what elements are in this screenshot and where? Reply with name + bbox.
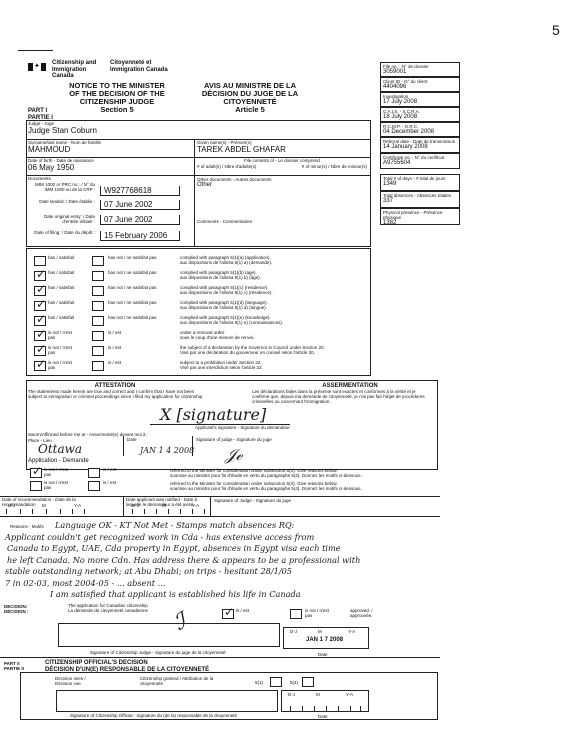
decision-is-checkbox[interactable] [222,609,234,619]
checkbox[interactable] [92,331,104,341]
notified-date-ticks: D-J M Y-A [126,503,211,514]
date-landed: 07 June 2002 [100,200,180,210]
official-signature-box[interactable] [56,690,278,712]
app-row2-col1-label: is not / n'est pas [44,480,74,490]
decision-is-not-label: is not / n'est pas [305,608,333,618]
judge-signature-box [58,623,280,647]
landed-label: Date landed: / Date établie : [30,199,95,204]
applicant-signature: X [signature] [160,405,266,424]
requirement-row: is not / n'est pas is / est the subject … [34,344,364,359]
checkbox[interactable] [92,256,104,266]
rcmp-box: R.C.M.P. - G.R.C. 04 December 2008 [380,122,460,137]
app-row1-checkbox-is[interactable] [88,468,100,478]
app-row2-col2-label: is / est [103,480,123,485]
assermentation-text: Les déclarations faites dans la présente… [252,389,434,404]
place-value: Ottawa [38,442,82,456]
attestation-text: The statements made herein are true and … [28,389,208,399]
dob-field: Date of birth - Date de naissance 06 May… [28,158,94,172]
decision-date-stamp: JAN 1 7 2008 [306,637,343,644]
dept-name-en: Citizenship and Immigration Canada [52,60,107,80]
checkbox[interactable] [92,286,104,296]
checkbox-checked[interactable] [34,286,46,296]
physical-presence-box: Physical presence - Présence physique 13… [380,208,460,225]
recommendation-date-ticks: D-J M Y-A [2,503,92,514]
decision-seen-label: Decision seen / Décision vue [55,676,95,686]
sworn-date-stamp: JAN 1 4 2008 [140,446,194,455]
date-label: Date [127,437,137,442]
requirement-row: has / satisfait has not / ne satisfait p… [34,314,364,329]
checkbox[interactable] [92,316,104,326]
option-5-1-checkbox[interactable] [270,677,282,687]
option-5-1-label: 5(1) [255,680,263,685]
date-original-entry: 07 June 2002 [100,215,180,225]
option-5-4-label: 5(4) [290,680,298,685]
requirements-list: has / satisfait has not / ne satisfait p… [34,254,364,374]
requirement-row: has / satisfait has not / ne satisfait p… [34,284,364,299]
file-consists-field: File consists of - Le dossier comprend #… [197,158,367,169]
imm-label: IMM 1000 or PRC no.: / N° du IMM 1000 ou… [30,182,95,192]
reasons-label: Reasons - Motifs [10,524,44,529]
comments-label: Comments - Commentaires [197,219,252,224]
decision-is-not-checkbox[interactable] [290,609,302,619]
checkbox-checked[interactable] [34,346,46,356]
official-date-box[interactable]: D-J M Y-A [281,690,369,712]
imm-number: W927768618 [100,186,180,196]
date-of-filing: 15 February 2006 [100,231,180,241]
app-row2-checkbox[interactable] [30,481,42,491]
reasons-handwritten: Language OK - KT Not Met - Stamps match … [55,520,435,601]
total-days-box: Total # of days - # total de jours 1349 [380,174,460,191]
app-row1-col1-label: is not / n'est pas [44,467,74,477]
requirement-row: has / satisfait has not / ne satisfait p… [34,254,364,269]
cais-box: C.A.I.S. - S.C.R.A. 18 July 2008 [380,107,460,122]
title-en: NOTICE TO THE MINISTER OF THE DECISION O… [62,82,172,114]
header: ✦ Citizenship and Immigration Canada Cit… [0,0,573,110]
decision-text: The application for Canadian citizenship… [68,603,188,613]
requirement-row: has / satisfait has not / ne satisfait p… [34,299,364,314]
referral-date-box: Referral date - Date de transmission 14 … [380,137,460,153]
checkbox[interactable] [92,271,104,281]
other-documents-field: Other documents - Autres documents Other [197,177,272,189]
checkbox-checked[interactable] [34,271,46,281]
surname-field: Surname/last name - Nom de famille MAHMO… [28,140,101,154]
title-fr: AVIS AU MINISTRE DE LA DÉCISION DU JUGE … [195,82,305,114]
documents-label: Documents [28,176,51,181]
requirement-row: is not / n'est pas is / est under a remo… [34,329,364,344]
investigation-box: Investigation 17 July 2008 [380,92,460,107]
filing-label: Date of filing: / Date du dépôt : [30,230,95,235]
checkbox-checked[interactable] [34,301,46,311]
official-date-label: Date [318,714,328,719]
judge-signature-icon: 𝒥ℯ [225,445,242,465]
requirement-row: is not / n'est pas is / est subject to a… [34,359,364,374]
decision-label: DECISION:DÉCISION : [4,604,29,614]
approved-label: approved. / approuvée. [350,608,386,618]
checkbox[interactable] [92,361,104,371]
app-row2-text: referred to the Minister for considerati… [170,481,460,491]
judge-signature-label-2: Signature of Judge - Signature du juge [214,498,291,503]
checkbox[interactable] [92,301,104,311]
option-5-4-checkbox[interactable] [302,677,314,687]
app-row2-checkbox-is[interactable] [88,481,100,491]
canada-flag-icon: ✦ [28,63,46,71]
applicant-signature-label: Applicant's signature - Signature du dem… [195,425,290,430]
certificate-no-box: Certificate no. - N° du certificat A9755… [380,153,460,169]
dept-name-fr: Citoyenneté et Immigration Canada [110,60,170,73]
judge-field: Judge - Juge Judge Stan Coburn [28,121,97,135]
checkbox-checked[interactable] [34,331,46,341]
judge-signature-label: Signature of judge - Signature du juge [196,437,272,442]
official-signature-label: Signature of Citizenship Official - Sign… [70,713,237,718]
checkbox[interactable] [92,346,104,356]
decision-date-box: D-J M Y-A JAN 1 7 2008 [283,627,369,649]
given-names-field: Given name(s) - Prénom(s) TAREK ABDEL GH… [197,140,286,154]
citizenship-granted-label: Citizenship granted / Attribution de la … [140,676,220,686]
checkbox-checked[interactable] [34,361,46,371]
client-id-box: Client ID - N° du client 4404096 [380,77,460,92]
decision-is-label: is / est [236,608,250,613]
original-entry-label: Date original entry: / Date d'entrée ini… [30,214,95,224]
total-absences-box: Total absences - Absences totales 337 [380,191,460,208]
part2-label: PART IIPARTIE II [4,661,24,671]
app-row1-text: referred to the Minister for considerati… [170,468,460,478]
file-no-box: File no. - N° de dossier 3059001 [380,62,460,77]
checkbox[interactable] [34,256,46,266]
judge-signature-label-3: Signature of Citizenship Judge - Signatu… [90,650,226,655]
checkbox-checked[interactable] [34,316,46,326]
app-row1-checkbox[interactable] [30,468,42,478]
app-row1-col2-label: is / est [103,467,123,472]
requirement-row: has / satisfait has not / ne satisfait p… [34,269,364,284]
